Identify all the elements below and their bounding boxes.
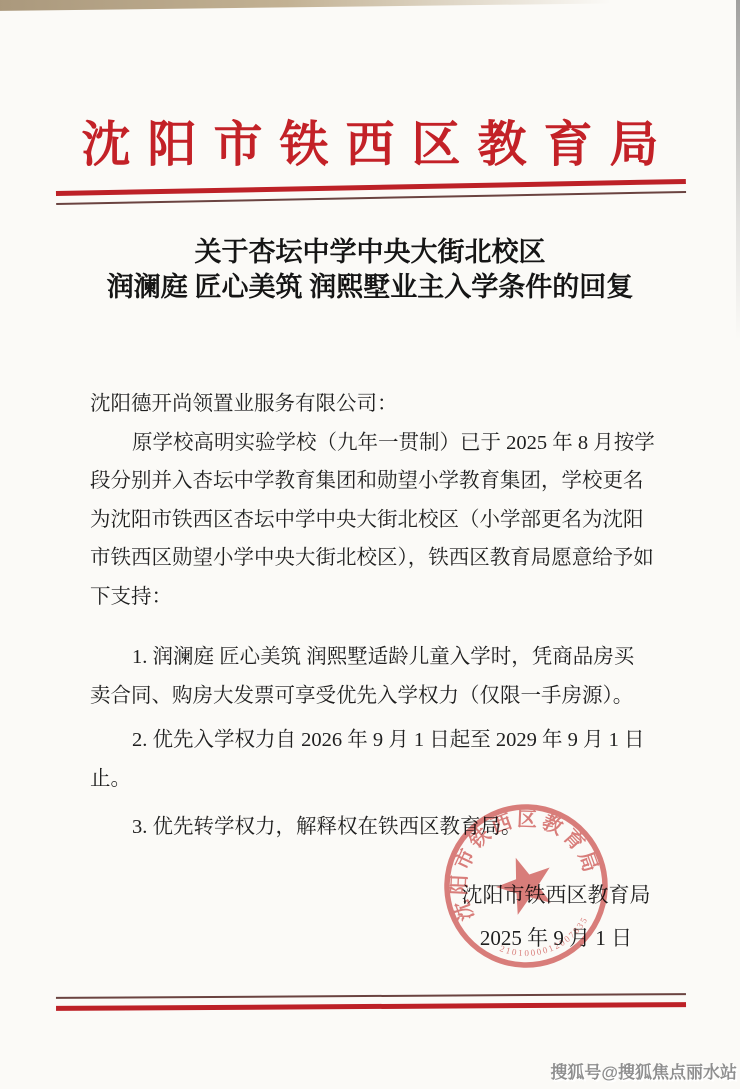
letterhead-divider xyxy=(56,179,686,205)
letter-body: 沈阳德开尚领置业服务有限公司： 原学校高明实验学校（九年一贯制）已于 2025 … xyxy=(90,385,662,847)
footer-divider xyxy=(56,993,686,1011)
body-text-line: 2. 优先入学权力自 2026 年 9 月 1 日起至 2029 年 9 月 1… xyxy=(90,721,662,760)
list-item-2: 2. 优先入学权力自 2026 年 9 月 1 日起至 2029 年 9 月 1… xyxy=(90,721,662,798)
addressee-text: 沈阳德开尚领置业服务有限公司： xyxy=(90,385,662,424)
body-text-line: 段分别并入杏坛中学教育集团和勋望小学教育集团，学校更名 xyxy=(90,462,662,501)
body-text-line: 原学校高明实验学校（九年一贯制）已于 2025 年 8 月按学 xyxy=(90,424,662,463)
list-item-1: 1. 润澜庭 匠心美筑 润熙墅适龄儿童入学时，凭商品房买卖合同、购房大发票可享受… xyxy=(90,638,662,715)
document-title-line2: 润澜庭 匠心美筑 润熙墅业主入学条件的回复 xyxy=(0,270,740,305)
body-text-line: 下支持： xyxy=(90,578,662,617)
letterhead-org-name: 沈阳市铁西区教育局 xyxy=(0,106,740,176)
body-text-line: 为沈阳市铁西区杏坛中学中央大街北校区（小学部更名为沈阳 xyxy=(90,501,662,540)
star-icon xyxy=(489,848,561,919)
paragraph-intro: 原学校高明实验学校（九年一贯制）已于 2025 年 8 月按学段分别并入杏坛中学… xyxy=(90,424,662,617)
body-text-line: 卖合同、购房大发票可享受优先入学权力（仅限一手房源）。 xyxy=(90,677,662,716)
official-seal: 沈阳市铁西区教育局 2101000012007835 xyxy=(436,796,616,976)
document-title: 关于杏坛中学中央大街北校区 润澜庭 匠心美筑 润熙墅业主入学条件的回复 xyxy=(0,235,740,305)
document-title-line1: 关于杏坛中学中央大街北校区 xyxy=(0,235,740,270)
scan-edge-artifact-top xyxy=(0,0,644,11)
body-text-line: 止。 xyxy=(90,760,662,799)
body-text-line: 市铁西区勋望小学中央大街北校区），铁西区教育局愿意给予如 xyxy=(90,539,662,578)
scanned-letter-page: 沈阳市铁西区教育局 关于杏坛中学中央大街北校区 润澜庭 匠心美筑 润熙墅业主入学… xyxy=(0,0,740,1089)
watermark-text: 搜狐号@搜狐焦点丽水站 xyxy=(550,1058,737,1083)
body-text-line: 1. 润澜庭 匠心美筑 润熙墅适龄儿童入学时，凭商品房买 xyxy=(90,638,662,677)
addressee-line: 沈阳德开尚领置业服务有限公司： xyxy=(90,385,662,424)
